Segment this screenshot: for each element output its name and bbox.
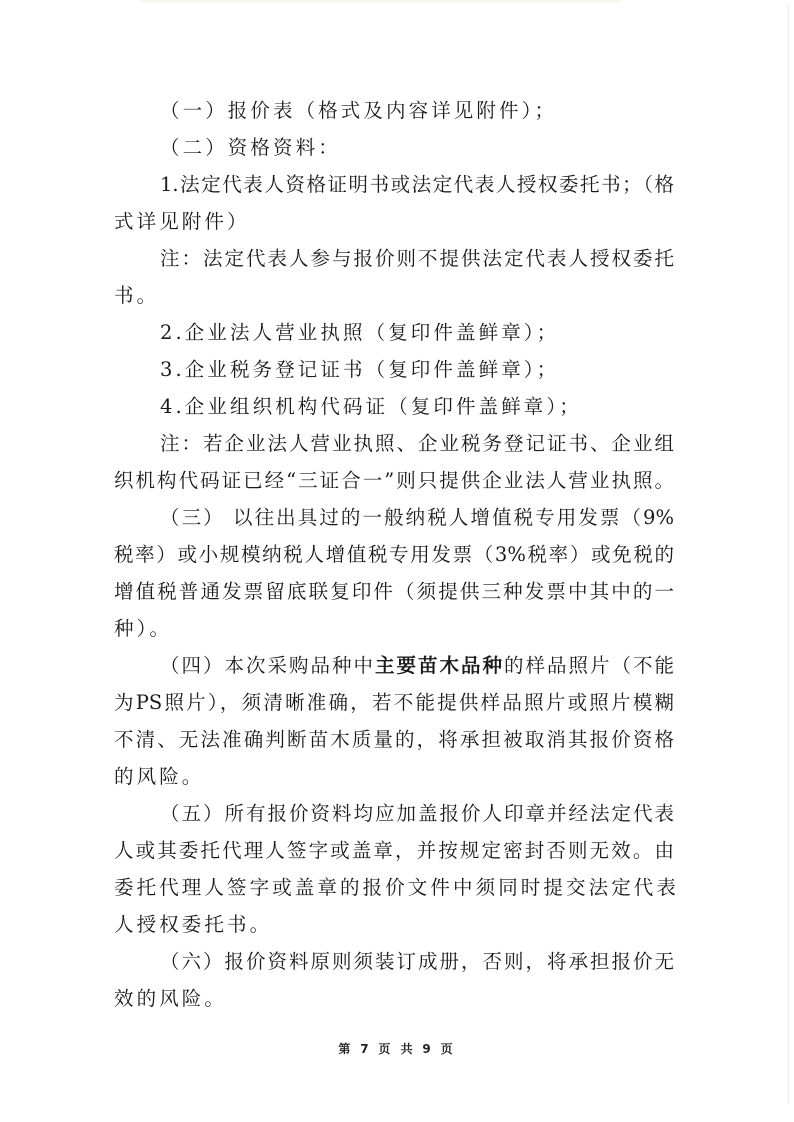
paragraph-item-2-1-line-1: 1.法定代表人资格证明书或法定代表人授权委托书；（格 <box>114 166 674 203</box>
paragraph-item-1: （一）报价表（格式及内容详见附件）； <box>114 92 674 129</box>
paragraph-item-2-1-line-2: 式详见附件） <box>114 203 674 240</box>
paragraph-note-2-line-2: 织机构代码证已经“三证合一”则只提供企业法人营业执照。 <box>114 462 674 499</box>
paragraph-note-2-line-1: 注：若企业法人营业执照、企业税务登记证书、企业组 <box>114 425 674 462</box>
paragraph-item-3-line-2: 税率）或小规模纳税人增值税专用发票（3%税率）或免税的 <box>114 536 674 573</box>
paragraph-item-5-line-3: 委托代理人签字或盖章的报价文件中须同时提交法定代表 <box>114 869 674 906</box>
paragraph-item-6-line-1: （六）报价资料原则须装订成册，否则，将承担报价无 <box>114 943 674 980</box>
item-4-bold-phrase: 主要苗木品种 <box>375 654 504 677</box>
paragraph-item-4-line-1: （四）本次采购品种中主要苗木品种的样品照片（不能 <box>114 647 674 684</box>
paragraph-item-5-line-4: 人授权委托书。 <box>114 906 674 943</box>
paragraph-item-3-line-4: 种）。 <box>114 610 674 647</box>
footer-suffix: 页 <box>441 1042 456 1056</box>
item-4-suffix: 的样品照片（不能 <box>504 654 674 677</box>
paragraph-item-2-4: 4.企业组织机构代码证（复印件盖鲜章）； <box>114 388 674 425</box>
paragraph-item-6-line-2: 效的风险。 <box>114 980 674 1017</box>
total-pages-number: 9 <box>422 1042 433 1056</box>
paragraph-note-1-line-1: 注：法定代表人参与报价则不提供法定代表人授权委托 <box>114 240 674 277</box>
item-4-prefix: （四）本次采购品种中 <box>160 654 375 677</box>
paragraph-item-3-line-3: 增值税普通发票留底联复印件（须提供三种发票中其中的一 <box>114 573 674 610</box>
footer-prefix: 第 <box>338 1042 353 1056</box>
page-number-footer: 第 7 页 共 9 页 <box>0 1040 794 1057</box>
document-page: （一）报价表（格式及内容详见附件）； （二）资格资料： 1.法定代表人资格证明书… <box>0 0 794 1122</box>
paragraph-item-4-line-2: 为PS照片），须清晰准确，若不能提供样品照片或照片模糊 <box>114 684 674 721</box>
paragraph-item-3-line-1: （三） 以往出具过的一般纳税人增值税专用发票（9% <box>114 499 674 536</box>
paragraph-item-5-line-1: （五）所有报价资料均应加盖报价人印章并经法定代表 <box>114 795 674 832</box>
paragraph-item-4-line-4: 的风险。 <box>114 758 674 795</box>
paragraph-item-2-3: 3.企业税务登记证书（复印件盖鲜章）； <box>114 351 674 388</box>
current-page-number: 7 <box>360 1042 371 1056</box>
scan-edge-top <box>140 0 620 4</box>
document-body: （一）报价表（格式及内容详见附件）； （二）资格资料： 1.法定代表人资格证明书… <box>114 92 674 1017</box>
footer-middle: 页 共 <box>378 1042 415 1056</box>
paragraph-note-1-line-2: 书。 <box>114 277 674 314</box>
scan-edge-right <box>788 4 789 1104</box>
paragraph-item-4-line-3: 不清、无法准确判断苗木质量的，将承担被取消其报价资格 <box>114 721 674 758</box>
paragraph-item-2-2: 2.企业法人营业执照（复印件盖鲜章）； <box>114 314 674 351</box>
paragraph-item-2: （二）资格资料： <box>114 129 674 166</box>
paragraph-item-5-line-2: 人或其委托代理人签字或盖章，并按规定密封否则无效。由 <box>114 832 674 869</box>
